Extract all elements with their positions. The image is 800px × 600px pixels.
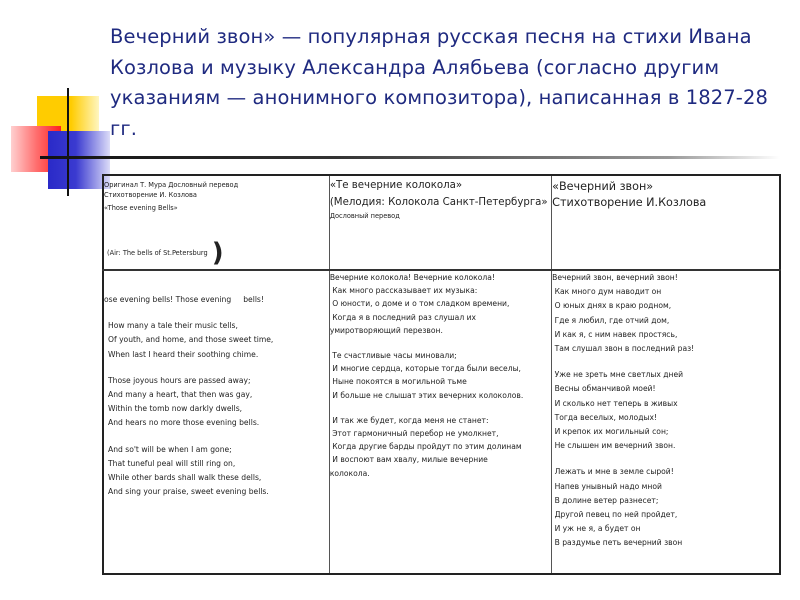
poem-line: Лежать и мне в земле сырой!: [552, 465, 779, 479]
stanza-gap: [552, 356, 779, 368]
poem-line: How many a tale their music tells,: [104, 319, 329, 333]
poem-line: ose evening bells! Those evening bells!: [104, 293, 329, 307]
header-kozlov-line1: «Вечерний звон»: [552, 179, 779, 195]
header-original-line2: Стихотворение И. Козлова: [104, 190, 329, 200]
poem-line: И уж не я, а будет он: [552, 522, 779, 536]
closing-parenthesis: ): [212, 238, 224, 268]
poem-line: О юных днях в краю родном,: [552, 299, 779, 313]
poem-line: колокола.: [330, 467, 551, 480]
poem-line: О юности, о доме и о том сладком времени…: [330, 297, 551, 310]
literal-translation-poem: Вечерние колокола! Вечерние колокола! Ка…: [330, 271, 551, 480]
stanza-gap: [104, 431, 329, 443]
header-literal-line2: (Мелодия: Колокола Санкт-Петербурга»: [330, 196, 551, 210]
poem-line: Вечерний звон, вечерний звон!: [552, 271, 779, 285]
slide-title: Вечерний звон» — популярная русская песн…: [110, 22, 780, 144]
stanza-gap: [104, 362, 329, 374]
header-original-air: (Air: The bells of St.Petersburg): [104, 243, 329, 263]
poem-line: Тогда веселых, молодых!: [552, 411, 779, 425]
stanza: How many a tale their music tells,Of you…: [104, 319, 329, 362]
header-cell-original: Оригинал Т. Мура Дословный перевод Стихо…: [103, 175, 329, 270]
poem-line: Не слышен им вечерний звон.: [552, 439, 779, 453]
stanza: And so't will be when I am gone;That tun…: [104, 443, 329, 500]
poem-line: Там слушал звон в последний раз!: [552, 342, 779, 356]
poem-line: Напев унывный надо мной: [552, 480, 779, 494]
poem-line: Of youth, and home, and those sweet time…: [104, 333, 329, 347]
stanza-gap: [104, 307, 329, 319]
poem-line: И сколько нет теперь в живых: [552, 397, 779, 411]
poem-line: И так же будет, когда меня не станет:: [330, 414, 551, 427]
header-literal-line3: Дословный перевод: [330, 211, 551, 221]
kozlov-poem-cell: Вечерний звон, вечерний звон! Как много …: [552, 270, 780, 574]
poem-line: And so't will be when I am gone;: [104, 443, 329, 457]
air-note: (Air: The bells of St.Petersburg: [107, 249, 208, 257]
stanza: Вечерний звон, вечерний звон! Как много …: [552, 271, 779, 356]
header-literal-line1: «Те вечерние колокола»: [330, 179, 551, 193]
poem-line: Когда я в последний раз слушал их: [330, 311, 551, 324]
poem-line: When last I heard their soothing chime.: [104, 348, 329, 362]
poem-line: While other bards shall walk these dells…: [104, 471, 329, 485]
poem-line: В раздумье петь вечерний звон: [552, 536, 779, 550]
poem-line: And hears no more those evening bells.: [104, 416, 329, 430]
table-header-row: Оригинал Т. Мура Дословный перевод Стихо…: [103, 175, 780, 270]
table-body-row: ose evening bells! Those evening bells!H…: [103, 270, 780, 574]
poem-line: И крепок их могильный сон;: [552, 425, 779, 439]
stanza: Лежать и мне в земле сырой! Напев унывны…: [552, 465, 779, 550]
poem-line: And many a heart, that then was gay,: [104, 388, 329, 402]
poem-line: Весны обманчивой моей!: [552, 382, 779, 396]
stanza: И так же будет, когда меня не станет: Эт…: [330, 414, 551, 480]
poem-comparison-table: Оригинал Т. Мура Дословный перевод Стихо…: [102, 174, 781, 575]
stanza-gap: [330, 402, 551, 414]
literal-translation-cell: Вечерние колокола! Вечерние колокола! Ка…: [329, 270, 551, 574]
poem-line: And sing your praise, sweet evening bell…: [104, 485, 329, 499]
stanza-gap: [330, 337, 551, 349]
header-cell-literal: «Те вечерние колокола» (Мелодия: Колокол…: [329, 175, 551, 270]
kozlov-poem: Вечерний звон, вечерний звон! Как много …: [552, 271, 779, 551]
poem-line: И воспоют вам хвалу, милые вечерние: [330, 453, 551, 466]
decorative-blue-square: [48, 131, 110, 189]
english-poem: ose evening bells! Those evening bells!H…: [104, 271, 329, 499]
stanza: Уже не зреть мне светлых дней Весны обма…: [552, 368, 779, 453]
decorative-vertical-line: [67, 88, 69, 196]
poem-line: That tuneful peal will still ring on,: [104, 457, 329, 471]
english-poem-cell: ose evening bells! Those evening bells!H…: [103, 270, 329, 574]
poem-line: Within the tomb now darkly dwells,: [104, 402, 329, 416]
poem-line: Those joyous hours are passed away;: [104, 374, 329, 388]
poem-line: Вечерние колокола! Вечерние колокола!: [330, 271, 551, 284]
stanza: Вечерние колокола! Вечерние колокола! Ка…: [330, 271, 551, 337]
poem-line: Ныне покоятся в могильной тьме: [330, 375, 551, 388]
poem-line: Этот гармоничный перебор не умолкнет,: [330, 427, 551, 440]
poem-line: Другой певец по ней пройдет,: [552, 508, 779, 522]
poem-line: Где я любил, где отчий дом,: [552, 314, 779, 328]
poem-line: Как много дум наводит он: [552, 285, 779, 299]
poem-line: Уже не зреть мне светлых дней: [552, 368, 779, 382]
stanza: ose evening bells! Those evening bells!: [104, 293, 329, 307]
header-original-line3: «Those evening Bells»: [104, 203, 329, 213]
poem-line: Те счастливые часы миновали;: [330, 349, 551, 362]
poem-line: И больше не слышат этих вечерних колокол…: [330, 389, 551, 402]
poem-line: умиротворяющий перезвон.: [330, 324, 551, 337]
poem-line: Когда другие барды пройдут по этим долин…: [330, 440, 551, 453]
stanza-gap: [552, 453, 779, 465]
header-cell-kozlov: «Вечерний звон» Стихотворение И.Козлова: [552, 175, 780, 270]
poem-line: В долине ветер разнесет;: [552, 494, 779, 508]
poem-line: И многие сердца, которые тогда были весе…: [330, 362, 551, 375]
poem-line: Как много рассказывает их музыка:: [330, 284, 551, 297]
poem-line: И как я, с ним навек простясь,: [552, 328, 779, 342]
header-kozlov-line2: Стихотворение И.Козлова: [552, 195, 779, 211]
title-underline: [40, 156, 780, 159]
stanza: Those joyous hours are passed away;And m…: [104, 374, 329, 431]
stanza: Те счастливые часы миновали; И многие се…: [330, 349, 551, 402]
header-original-line1: Оригинал Т. Мура Дословный перевод: [104, 180, 329, 190]
